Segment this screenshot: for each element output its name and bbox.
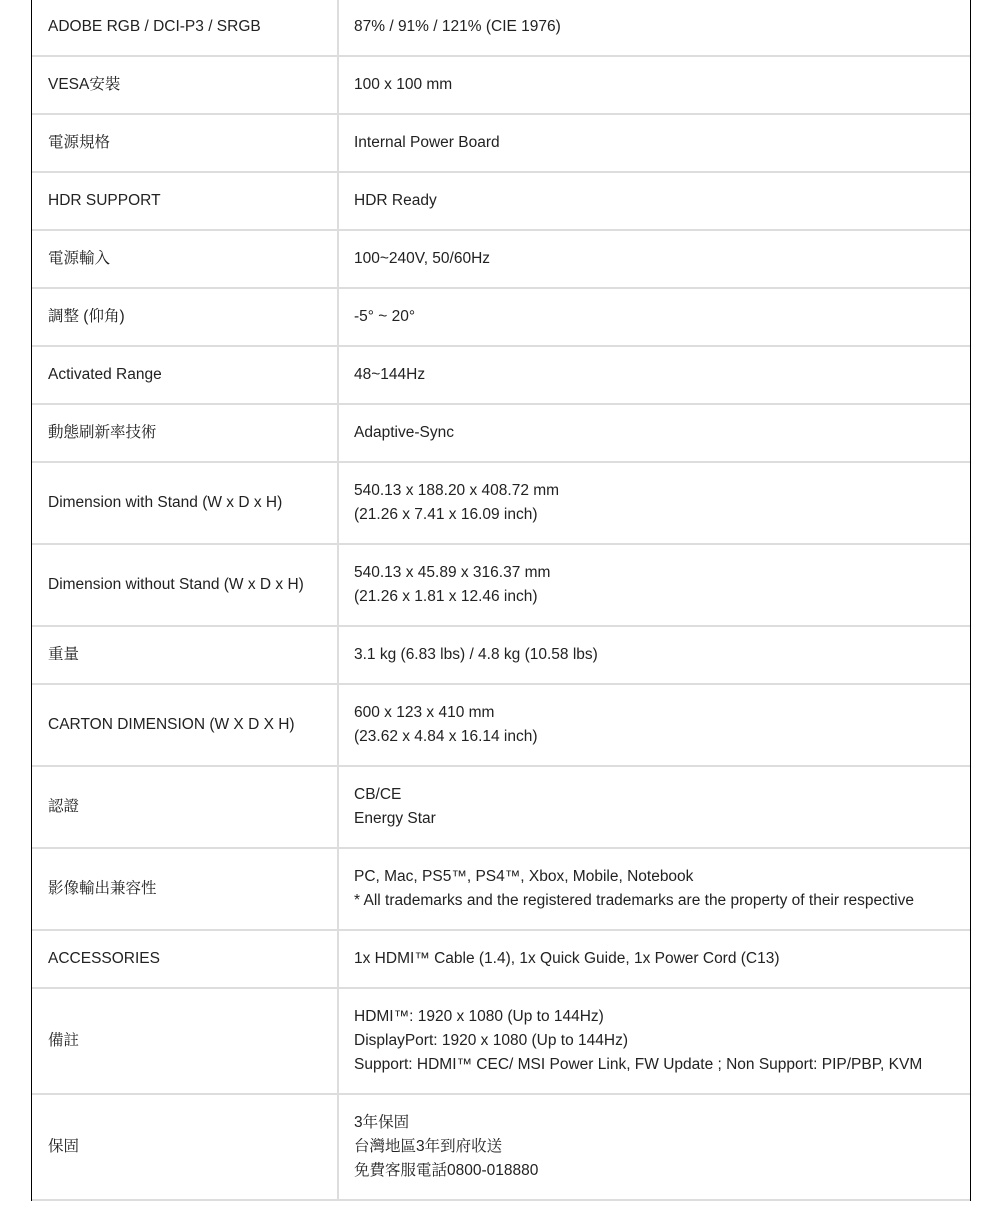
spec-value: PC, Mac, PS5™, PS4™, Xbox, Mobile, Noteb…	[338, 848, 970, 930]
table-row: 電源規格 Internal Power Board	[32, 114, 970, 172]
table-row: 調整 (仰角) -5° ~ 20°	[32, 288, 970, 346]
table-row: VESA安裝 100 x 100 mm	[32, 56, 970, 114]
spec-label: 電源規格	[32, 114, 338, 172]
spec-value-line: 免費客服電話0800-018880	[354, 1159, 970, 1183]
spec-value: 87% / 91% / 121% (CIE 1976)	[338, 0, 970, 56]
spec-value-line: (21.26 x 7.41 x 16.09 inch)	[354, 503, 970, 527]
table-row: 電源輸入 100~240V, 50/60Hz	[32, 230, 970, 288]
spec-value-line: HDR Ready	[354, 189, 970, 213]
spec-value-line: 540.13 x 188.20 x 408.72 mm	[354, 479, 970, 503]
spec-label: 電源輸入	[32, 230, 338, 288]
spec-value: 100 x 100 mm	[338, 56, 970, 114]
spec-value-line: 100~240V, 50/60Hz	[354, 247, 970, 271]
spec-value: CB/CE Energy Star	[338, 766, 970, 848]
spec-label: 保固	[32, 1094, 338, 1200]
spec-value: 100~240V, 50/60Hz	[338, 230, 970, 288]
spec-label: 認證	[32, 766, 338, 848]
spec-value-line: PC, Mac, PS5™, PS4™, Xbox, Mobile, Noteb…	[354, 865, 970, 889]
spec-label: ADOBE RGB / DCI-P3 / SRGB	[32, 0, 338, 56]
spec-table-container: ADOBE RGB / DCI-P3 / SRGB 87% / 91% / 12…	[31, 0, 971, 1201]
spec-value: 3年保固 台灣地區3年到府收送 免費客服電話0800-018880	[338, 1094, 970, 1200]
spec-value: 3.1 kg (6.83 lbs) / 4.8 kg (10.58 lbs)	[338, 626, 970, 684]
table-row: 重量 3.1 kg (6.83 lbs) / 4.8 kg (10.58 lbs…	[32, 626, 970, 684]
spec-value-line: Support: HDMI™ CEC/ MSI Power Link, FW U…	[354, 1053, 970, 1077]
spec-value-line: 台灣地區3年到府收送	[354, 1135, 970, 1159]
spec-label: Dimension without Stand (W x D x H)	[32, 544, 338, 626]
spec-label: HDR SUPPORT	[32, 172, 338, 230]
table-row: Activated Range 48~144Hz	[32, 346, 970, 404]
spec-value-line: 100 x 100 mm	[354, 73, 970, 97]
spec-value-line: -5° ~ 20°	[354, 305, 970, 329]
spec-value: 540.13 x 188.20 x 408.72 mm (21.26 x 7.4…	[338, 462, 970, 544]
spec-value: HDMI™: 1920 x 1080 (Up to 144Hz) Display…	[338, 988, 970, 1094]
table-row: 備註 HDMI™: 1920 x 1080 (Up to 144Hz) Disp…	[32, 988, 970, 1094]
spec-value: HDR Ready	[338, 172, 970, 230]
spec-value: -5° ~ 20°	[338, 288, 970, 346]
spec-value-line: (21.26 x 1.81 x 12.46 inch)	[354, 585, 970, 609]
spec-value-line: * All trademarks and the registered trad…	[354, 889, 970, 913]
spec-label: ACCESSORIES	[32, 930, 338, 988]
spec-value-line: Internal Power Board	[354, 131, 970, 155]
table-row: 影像輸出兼容性 PC, Mac, PS5™, PS4™, Xbox, Mobil…	[32, 848, 970, 930]
spec-value: 540.13 x 45.89 x 316.37 mm (21.26 x 1.81…	[338, 544, 970, 626]
spec-label: 備註	[32, 988, 338, 1094]
spec-value: Internal Power Board	[338, 114, 970, 172]
spec-value-line: 1x HDMI™ Cable (1.4), 1x Quick Guide, 1x…	[354, 947, 970, 971]
table-row: 動態刷新率技術 Adaptive-Sync	[32, 404, 970, 462]
spec-value-line: DisplayPort: 1920 x 1080 (Up to 144Hz)	[354, 1029, 970, 1053]
table-row: Dimension without Stand (W x D x H) 540.…	[32, 544, 970, 626]
spec-label: 重量	[32, 626, 338, 684]
spec-value-line: Adaptive-Sync	[354, 421, 970, 445]
spec-value-line: 3.1 kg (6.83 lbs) / 4.8 kg (10.58 lbs)	[354, 643, 970, 667]
table-row: Dimension with Stand (W x D x H) 540.13 …	[32, 462, 970, 544]
spec-label: CARTON DIMENSION (W X D X H)	[32, 684, 338, 766]
spec-value-line: HDMI™: 1920 x 1080 (Up to 144Hz)	[354, 1005, 970, 1029]
spec-value-line: Energy Star	[354, 807, 970, 831]
spec-table: ADOBE RGB / DCI-P3 / SRGB 87% / 91% / 12…	[32, 0, 970, 1201]
spec-value: Adaptive-Sync	[338, 404, 970, 462]
table-row: ACCESSORIES 1x HDMI™ Cable (1.4), 1x Qui…	[32, 930, 970, 988]
spec-value: 48~144Hz	[338, 346, 970, 404]
table-row: ADOBE RGB / DCI-P3 / SRGB 87% / 91% / 12…	[32, 0, 970, 56]
spec-value-line: 3年保固	[354, 1111, 970, 1135]
spec-value: 1x HDMI™ Cable (1.4), 1x Quick Guide, 1x…	[338, 930, 970, 988]
spec-label: Dimension with Stand (W x D x H)	[32, 462, 338, 544]
spec-value-line: CB/CE	[354, 783, 970, 807]
table-row: HDR SUPPORT HDR Ready	[32, 172, 970, 230]
spec-value-line: 87% / 91% / 121% (CIE 1976)	[354, 15, 970, 39]
table-row: 保固 3年保固 台灣地區3年到府收送 免費客服電話0800-018880	[32, 1094, 970, 1200]
spec-label: 動態刷新率技術	[32, 404, 338, 462]
spec-label: VESA安裝	[32, 56, 338, 114]
table-row: CARTON DIMENSION (W X D X H) 600 x 123 x…	[32, 684, 970, 766]
table-row: 認證 CB/CE Energy Star	[32, 766, 970, 848]
spec-value-line: 48~144Hz	[354, 363, 970, 387]
spec-label: Activated Range	[32, 346, 338, 404]
spec-label: 調整 (仰角)	[32, 288, 338, 346]
spec-value: 600 x 123 x 410 mm (23.62 x 4.84 x 16.14…	[338, 684, 970, 766]
spec-label: 影像輸出兼容性	[32, 848, 338, 930]
spec-value-line: 600 x 123 x 410 mm	[354, 701, 970, 725]
spec-value-line: 540.13 x 45.89 x 316.37 mm	[354, 561, 970, 585]
spec-value-line: (23.62 x 4.84 x 16.14 inch)	[354, 725, 970, 749]
